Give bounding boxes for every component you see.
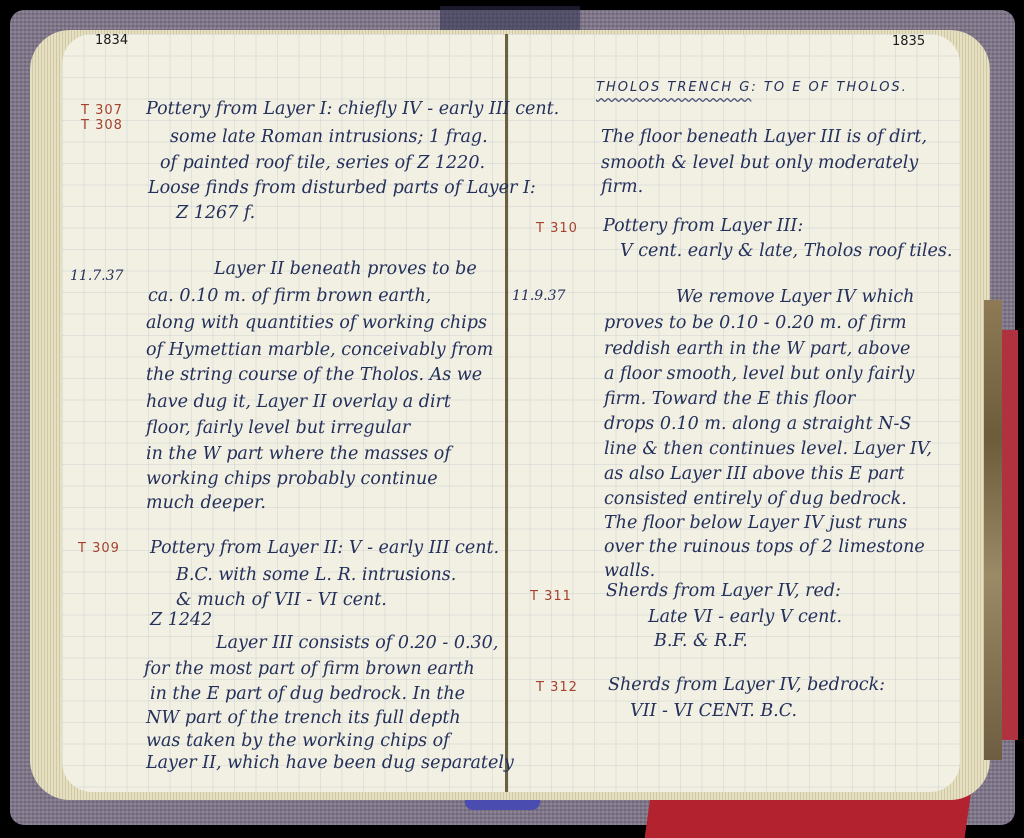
entry-line: much deeper. [146, 490, 266, 516]
entry-line: Loose finds from disturbed parts of Laye… [148, 175, 536, 201]
entry-line: have dug it, Layer II overlay a dirt [146, 389, 451, 415]
entry-line: a floor smooth, level but only fairly [604, 361, 914, 387]
entry-line: proves to be 0.10 - 0.20 m. of firm [604, 310, 907, 336]
entry-line: as also Layer III above this E part [604, 461, 904, 487]
catalogue-id: T 309 [78, 541, 120, 556]
entry-line: firm. [601, 174, 643, 200]
entry-line: The floor below Layer IV just runs [604, 510, 907, 536]
entry-line: Pottery from Layer I: chiefly IV - early… [146, 96, 559, 122]
entry-line: Pottery from Layer II: V - early III cen… [150, 535, 499, 561]
entry-line: over the ruinous tops of 2 limestone [604, 534, 925, 560]
entry-line: firm. Toward the E this floor [604, 386, 855, 412]
entry-line: in the E part of dug bedrock. In the [150, 681, 465, 707]
entry-line: B.F. & R.F. [654, 628, 748, 654]
entry-line: of painted roof tile, series of Z 1220. [160, 150, 485, 176]
entry-line: Sherds from Layer IV, red: [606, 578, 841, 604]
entry-date: 11.9.37 [512, 288, 565, 304]
entry-line: VII - VI CENT. B.C. [630, 698, 797, 724]
entry-line: line & then continues level. Layer IV, [604, 436, 932, 462]
entry-line: floor, fairly level but irregular [146, 415, 410, 441]
entry-line: ca. 0.10 m. of firm brown earth, [148, 283, 431, 309]
entry-line: in the W part where the masses of [146, 441, 451, 467]
entry-line: Sherds from Layer IV, bedrock: [608, 672, 885, 698]
entry-line: Layer II, which have been dug separately [146, 750, 514, 776]
catalogue-id: T 307 [81, 103, 123, 118]
catalogue-id: T 308 [81, 118, 123, 133]
entry-line: Layer III consists of 0.20 - 0.30, [216, 630, 498, 656]
entry-line: reddish earth in the W part, above [604, 336, 910, 362]
entry-line: smooth & level but only moderately [601, 150, 918, 176]
right-page-number: 1835 [892, 34, 925, 49]
entry-line: B.C. with some L. R. intrusions. [176, 562, 456, 588]
catalogue-id: T 310 [536, 221, 578, 236]
entry-line: Late VI - early V cent. [648, 604, 842, 630]
entry-line: drops 0.10 m. along a straight N-S [604, 411, 911, 437]
entry-line: Z 1267 f. [176, 200, 255, 226]
entry-line: We remove Layer IV which [676, 284, 914, 310]
entry-line: for the most part of firm brown earth [144, 656, 475, 682]
entry-line: some late Roman intrusions; 1 frag. [170, 124, 488, 150]
entry-line: consisted entirely of dug bedrock. [604, 486, 907, 512]
entry-line: Layer II beneath proves to be [214, 256, 477, 282]
entry-line: Z 1242 [150, 607, 212, 633]
entry-line: The floor beneath Layer III is of dirt, [601, 124, 927, 150]
entry-line: of Hymettian marble, conceivably from [146, 337, 493, 363]
catalogue-id: T 312 [536, 680, 578, 695]
entry-line: along with quantities of working chips [146, 310, 487, 336]
entry-line: V cent. early & late, Tholos roof tiles. [620, 238, 952, 264]
trench-heading-underlined: THOLOS TRENCH G [596, 80, 751, 95]
entry-line: working chips probably continue [146, 466, 438, 492]
entry-line: the string course of the Tholos. As we [146, 362, 482, 388]
catalogue-id: T 311 [530, 589, 572, 604]
left-page-number: 1834 [95, 33, 128, 48]
trench-heading-rest: : TO E OF THOLOS. [751, 80, 907, 95]
trench-heading: THOLOS TRENCH G: TO E OF THOLOS. [596, 80, 908, 95]
entry-date: 11.7.37 [70, 268, 123, 284]
entry-line: Pottery from Layer III: [603, 213, 803, 239]
marbled-page-edge [984, 300, 1002, 760]
